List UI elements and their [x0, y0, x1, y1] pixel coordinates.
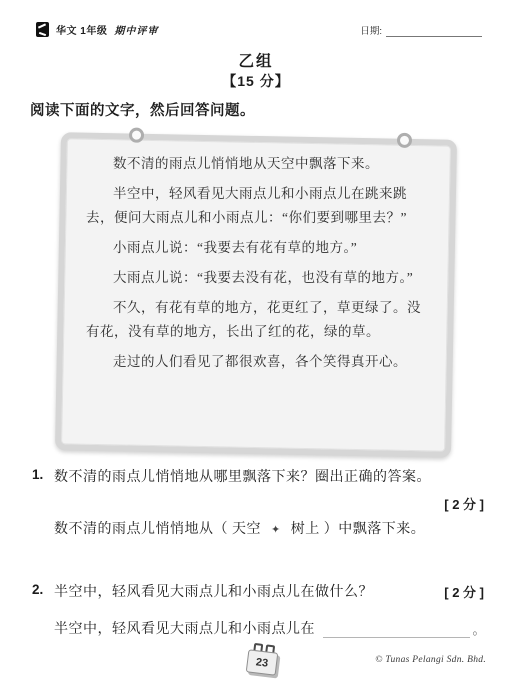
- question-2-answer-line: 半空中，轻风看见大雨点儿和小雨点儿在 。: [54, 618, 486, 638]
- option-separator-star-icon: ✦: [271, 523, 281, 536]
- question-1-marks: [ 2 分 ]: [444, 497, 484, 512]
- hanger-ring-icon: [397, 133, 412, 148]
- answer-prefix: 半空中，轻风看见大雨点儿和小雨点儿在: [54, 618, 315, 638]
- answer-option-sky[interactable]: 天空: [232, 518, 261, 538]
- answer-period: 。: [472, 619, 486, 638]
- section-title: 乙组: [0, 49, 512, 71]
- answer-text-after: ）中飘落下来。: [320, 522, 426, 537]
- hanger-ring-icon: [129, 128, 144, 143]
- question-2-text: 半空中，轻风看见大雨点儿和小雨点儿在做什么？: [54, 582, 434, 603]
- passage-paragraph: 半空中，轻风看见大雨点儿和小雨点儿在跳来跳去，便问大雨点儿和小雨点儿：“你们要到…: [86, 182, 426, 230]
- answer-text-before: 数不清的雨点儿悄悄地从（: [54, 522, 232, 537]
- exam-title-label: 期中评审: [114, 22, 158, 37]
- page-number-badge: 23: [246, 649, 279, 675]
- date-label: 日期:: [360, 23, 382, 37]
- question-1: 1. 数不清的雨点儿悄悄地从哪里飘落下来？圈出正确的答案。 [ 2 分 ]: [32, 467, 484, 514]
- answer-fill-blank[interactable]: [323, 623, 470, 638]
- question-2-marks: [ 2 分 ]: [444, 582, 484, 601]
- date-fill-line[interactable]: [386, 25, 482, 37]
- page-number: 23: [246, 649, 279, 675]
- passage-board: 数不清的雨点儿悄悄地从天空中飘落下来。 半空中，轻风看见大雨点儿和小雨点儿在跳来…: [58, 136, 454, 454]
- section-instruction: 阅读下面的文字，然后回答问题。: [30, 99, 255, 120]
- section-marks: 【15 分】: [0, 71, 512, 91]
- question-1-text: 数不清的雨点儿悄悄地从哪里飘落下来？圈出正确的答案。: [54, 467, 431, 488]
- passage-paragraph: 小雨点儿说：“我要去有花有草的地方。”: [86, 236, 426, 260]
- question-1-answer-line: 数不清的雨点儿悄悄地从（ 天空✦树上 ）中飘落下来。: [54, 518, 484, 538]
- copyright-notice: © Tunas Pelangi Sdn. Bhd.: [375, 655, 486, 665]
- passage-paragraph: 大雨点儿说：“我要去没有花，也没有草的地方。”: [86, 266, 426, 290]
- subject-label: 华文 1年级: [56, 22, 107, 37]
- date-field: 日期:: [360, 23, 482, 37]
- passage-paragraph: 数不清的雨点儿悄悄地从天空中飘落下来。: [86, 152, 426, 176]
- question-2: 2. 半空中，轻风看见大雨点儿和小雨点儿在做什么？ [ 2 分 ]: [32, 582, 484, 603]
- question-2-number: 2.: [32, 582, 54, 597]
- passage-paragraph: 走过的人们看见了都很欢喜，各个笑得真开心。: [86, 350, 426, 374]
- answer-option-tree[interactable]: 树上: [291, 518, 320, 538]
- worksheet-page: 华文 1年级 期中评审 日期: 乙组 【15 分】 阅读下面的文字，然后回答问题…: [0, 0, 512, 700]
- question-1-number: 1.: [32, 467, 54, 482]
- publisher-logo-icon: [36, 22, 49, 37]
- page-header: 华文 1年级 期中评审 日期:: [36, 22, 482, 37]
- passage-text: 数不清的雨点儿悄悄地从天空中飘落下来。 半空中，轻风看见大雨点儿和小雨点儿在跳来…: [86, 152, 426, 380]
- passage-paragraph: 不久，有花有草的地方，花更红了，草更绿了。没有花，没有草的地方，长出了红的花，绿…: [86, 296, 426, 344]
